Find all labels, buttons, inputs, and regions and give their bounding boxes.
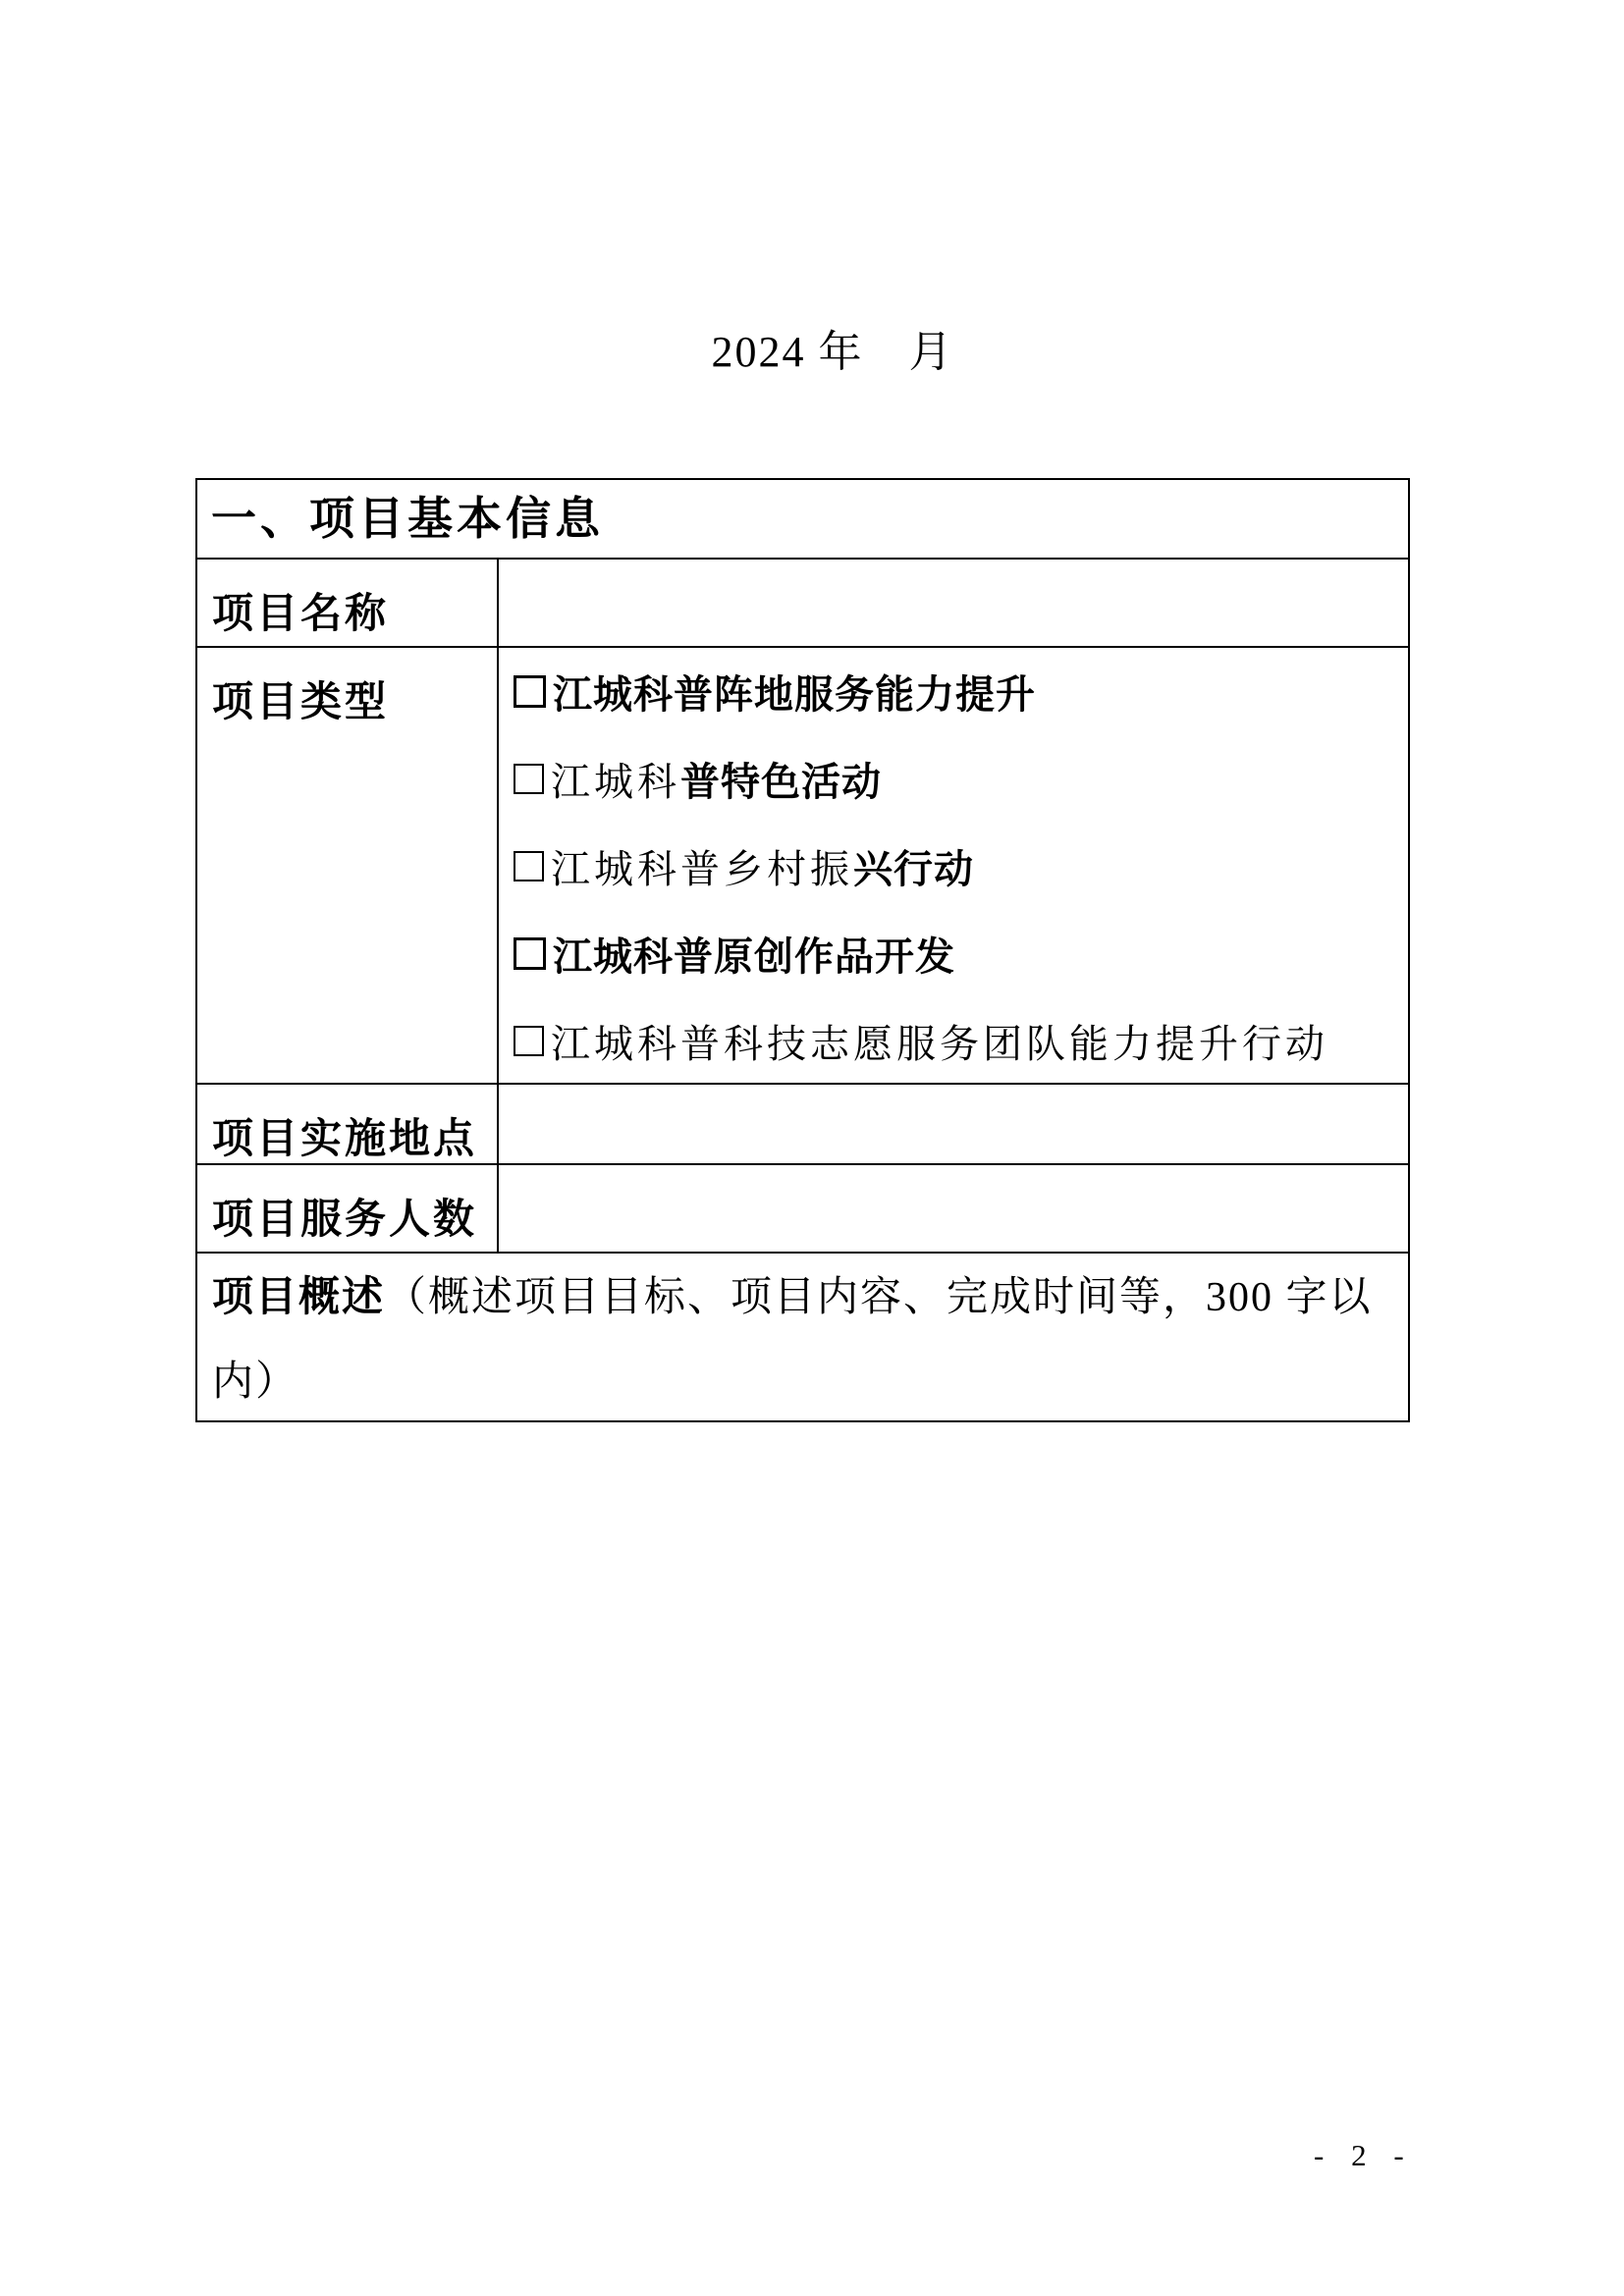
project-type-row: 项目类型 江城科普阵地服务能力提升 江城科 普特色活动 江城科普乡村振 兴行动: [197, 646, 1408, 1083]
project-location-row: 项目实施地点: [197, 1083, 1408, 1163]
date-line: 2024 年 月: [0, 316, 1624, 379]
type-option-2: 江城科 普特色活动: [514, 735, 1408, 823]
type-option-5-text-light: 江城科普科技志愿服务团队能力提升行动: [551, 1013, 1328, 1069]
project-summary-label: 项目概述: [212, 1275, 385, 1320]
type-option-4: 江城科普原创作品开发: [514, 910, 1408, 997]
type-option-1-text-bold: 江城科普阵地服务能力提升: [553, 664, 1036, 720]
project-people-label-cell: 项目服务人数: [197, 1165, 499, 1252]
project-info-table: 一、项目基本信息 项目名称 项目类型 江城科普阵地服务能力提升 江城科: [195, 478, 1410, 1422]
project-location-label: 项目实施地点: [212, 1117, 477, 1162]
project-summary-row: 项目概述（概述项目目标、项目内容、完成时间等，300 字以内）: [197, 1252, 1408, 1420]
checkbox-icon[interactable]: [514, 1026, 544, 1056]
checkbox-icon[interactable]: [514, 764, 544, 794]
document-page: 2024 年 月 一、项目基本信息 项目名称 项目类型 江城科普阵地服务能力提升: [0, 0, 1624, 2296]
project-type-label: 项目类型: [212, 680, 389, 725]
type-option-3-text-bold: 兴行动: [853, 838, 974, 894]
project-name-input-cell[interactable]: [499, 560, 1408, 646]
project-type-label-cell: 项目类型: [197, 648, 499, 1083]
checkbox-icon[interactable]: [514, 851, 544, 881]
type-option-2-text-light: 江城科: [551, 751, 680, 807]
project-people-row: 项目服务人数: [197, 1163, 1408, 1252]
type-option-3-text-light: 江城科普乡村振: [551, 838, 853, 894]
type-option-3: 江城科普乡村振 兴行动: [514, 823, 1408, 910]
project-name-label-cell: 项目名称: [197, 560, 499, 646]
page-number: - 2 -: [1314, 2138, 1414, 2173]
type-option-2-text-bold: 普特色活动: [680, 751, 882, 807]
project-location-label-cell: 项目实施地点: [197, 1085, 499, 1163]
project-summary-note: （概述项目目标、项目内容、完成时间等，300 字以内）: [212, 1275, 1373, 1405]
checkbox-icon[interactable]: [514, 675, 546, 708]
type-option-4-text-bold: 江城科普原创作品开发: [553, 926, 955, 982]
type-option-5: 江城科普科技志愿服务团队能力提升行动: [514, 997, 1408, 1085]
project-name-label: 项目名称: [212, 592, 389, 637]
project-type-options: 江城科普阵地服务能力提升 江城科 普特色活动 江城科普乡村振 兴行动 江城科普原…: [499, 648, 1408, 1083]
section-title: 一、项目基本信息: [197, 480, 604, 558]
checkbox-icon[interactable]: [514, 937, 546, 970]
project-location-input-cell[interactable]: [499, 1085, 1408, 1163]
project-summary-cell[interactable]: 项目概述（概述项目目标、项目内容、完成时间等，300 字以内）: [197, 1254, 1408, 1420]
project-people-input-cell[interactable]: [499, 1165, 1408, 1252]
type-option-1: 江城科普阵地服务能力提升: [514, 648, 1408, 735]
table-header-row: 一、项目基本信息: [197, 480, 1408, 558]
project-name-row: 项目名称: [197, 558, 1408, 646]
project-people-label: 项目服务人数: [212, 1198, 477, 1243]
